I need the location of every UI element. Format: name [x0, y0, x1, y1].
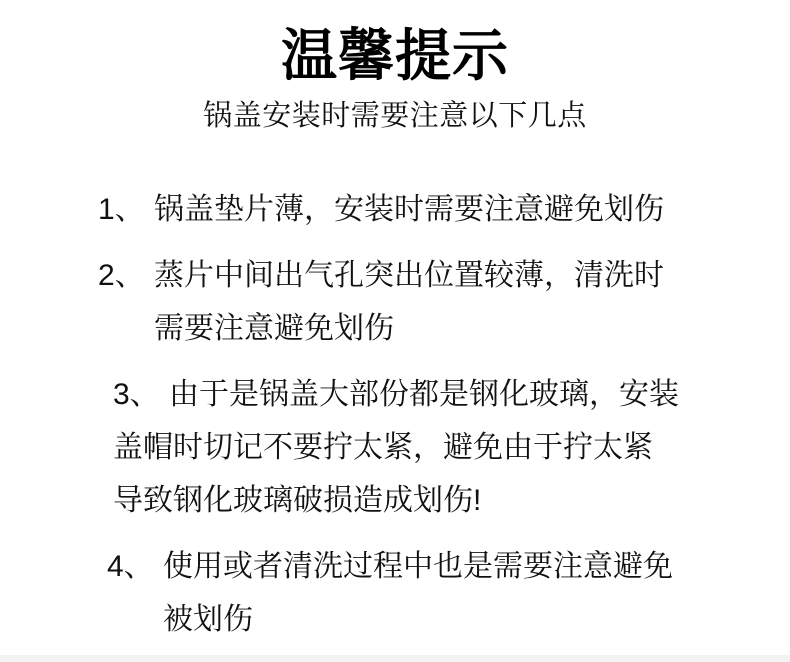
tip-line: 导致钢化玻璃破损造成划伤! — [113, 474, 720, 527]
bottom-strip — [0, 655, 790, 662]
tip-number: 4、 — [107, 540, 163, 593]
tip-number: 2、 — [98, 249, 154, 302]
tip-line: 需要注意避免划伤 — [98, 302, 720, 355]
notice-page: 温馨提示 锅盖安装时需要注意以下几点 1、锅盖垫片薄，安装时需要注意避免划伤2、… — [0, 0, 790, 662]
tip-text: 锅盖垫片薄，安装时需要注意避免划伤 — [154, 193, 664, 226]
tip-line: 2、蒸片中间出气孔突出位置较薄，清洗时 — [98, 249, 720, 302]
tip-line: 被划伤 — [107, 593, 720, 646]
tip-line: 4、使用或者清洗过程中也是需要注意避免 — [107, 540, 720, 593]
page-title: 温馨提示 — [0, 0, 790, 88]
tip-item: 4、使用或者清洗过程中也是需要注意避免被划伤 — [107, 540, 720, 646]
tip-line: 1、锅盖垫片薄，安装时需要注意避免划伤 — [98, 183, 720, 236]
tip-number: 1、 — [98, 183, 154, 236]
tip-line: 3、由于是锅盖大部份都是钢化玻璃，安装 — [113, 368, 720, 421]
tip-item: 1、锅盖垫片薄，安装时需要注意避免划伤 — [98, 183, 720, 236]
tip-number: 3、 — [113, 368, 169, 421]
tip-text: 由于是锅盖大部份都是钢化玻璃，安装 — [169, 378, 679, 411]
tip-item: 3、由于是锅盖大部份都是钢化玻璃，安装盖帽时切记不要拧太紧，避免由于拧太紧导致钢… — [113, 368, 720, 527]
tip-text: 蒸片中间出气孔突出位置较薄，清洗时 — [154, 259, 664, 292]
tips-list: 1、锅盖垫片薄，安装时需要注意避免划伤2、蒸片中间出气孔突出位置较薄，清洗时需要… — [98, 183, 720, 646]
page-subtitle: 锅盖安装时需要注意以下几点 — [0, 99, 790, 133]
tip-line: 盖帽时切记不要拧太紧，避免由于拧太紧 — [113, 421, 720, 474]
tip-text: 使用或者清洗过程中也是需要注意避免 — [163, 550, 673, 583]
tip-item: 2、蒸片中间出气孔突出位置较薄，清洗时需要注意避免划伤 — [98, 249, 720, 355]
